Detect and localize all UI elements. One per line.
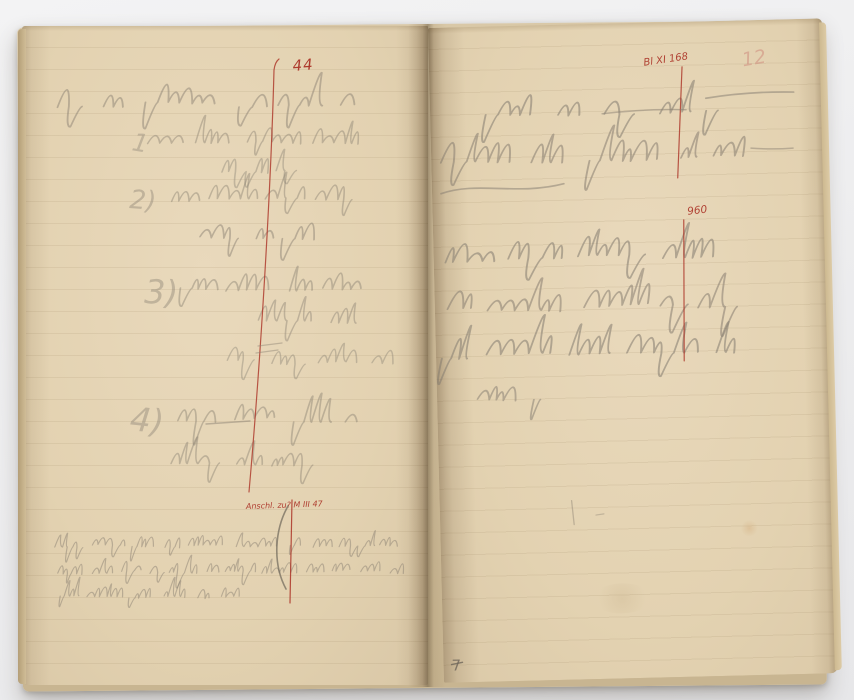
red-archive-mark: Bl XI 168 — [643, 51, 689, 68]
left-page-ink-layer: 44Anschl. zu? M III 4712)3)4) — [22, 26, 428, 685]
pencil-list-numeral-2: 2) — [129, 185, 158, 217]
handwriting-line — [177, 266, 366, 306]
pencil-list-numeral-4: 4) — [128, 399, 166, 441]
handwriting-line — [169, 172, 358, 215]
handwriting-line — [145, 116, 364, 155]
right-page: Bl XI 168129607 — [428, 18, 838, 682]
handwriting-line — [58, 577, 243, 607]
left-page: 44Anschl. zu? M III 4712)3)4) — [22, 26, 428, 685]
handwriting-line — [52, 531, 401, 562]
handwriting-line — [167, 437, 319, 483]
notebook-scan: 44Anschl. zu? M III 4712)3)4) Bl XI 1681… — [0, 0, 854, 700]
pencil-underline-item4 — [206, 421, 250, 424]
pencil-parenthesis-mark — [277, 506, 288, 589]
handwriting-line — [440, 222, 722, 282]
pencil-word-underline — [602, 109, 686, 114]
handwriting-line — [254, 297, 362, 341]
pencil-page-number: 7 — [451, 656, 461, 674]
handwriting-line — [223, 343, 397, 379]
handwriting-line — [55, 555, 408, 588]
pencil-terminal-stroke-1 — [706, 92, 794, 99]
handwriting-line — [472, 386, 544, 421]
red-collation-line-upper — [675, 67, 685, 178]
pencil-terminal-stroke-2 — [751, 147, 793, 149]
pencil-double-dash-1 — [258, 343, 282, 346]
pencil-flourish-separator — [441, 184, 564, 194]
right-page-ink-layer: Bl XI 168129607 — [428, 18, 838, 682]
handwriting-line — [195, 223, 317, 260]
red-reference-annotation: Anschl. zu? M III 47 — [245, 499, 324, 511]
pencil-tick — [572, 501, 575, 525]
red-folio-faded: 12 — [740, 46, 767, 72]
handwriting-line — [173, 393, 363, 445]
handwriting-line — [439, 266, 748, 343]
handwriting-line — [435, 310, 745, 384]
handwriting-line — [219, 149, 301, 187]
pencil-dash — [596, 514, 604, 515]
pencil-list-numeral-3: 3) — [144, 272, 179, 312]
handwriting-line — [479, 80, 726, 142]
pencil-list-numeral-1: 1 — [130, 127, 151, 158]
handwriting-line — [53, 73, 361, 129]
red-number: 960 — [687, 203, 709, 217]
pencil-double-dash-2 — [256, 350, 278, 353]
red-folio-number: 44 — [292, 55, 315, 75]
